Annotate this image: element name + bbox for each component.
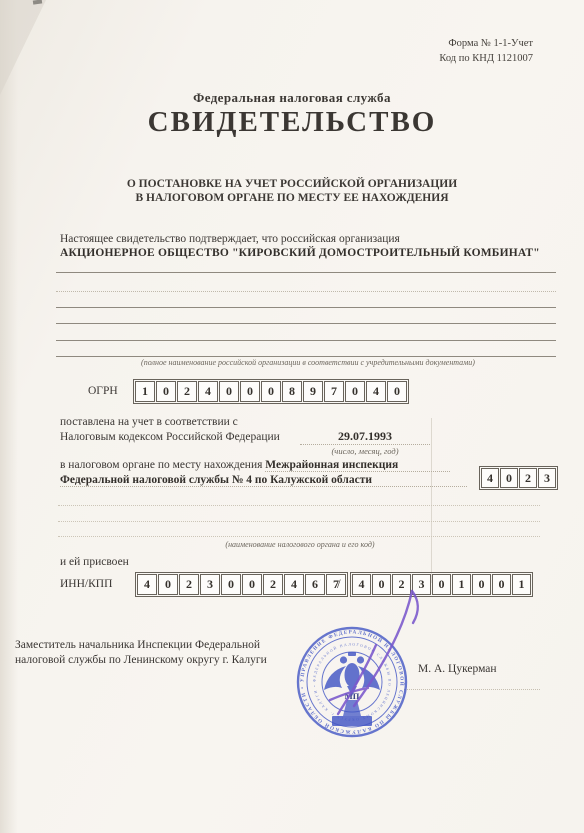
digit-cell: 0 <box>372 574 391 595</box>
assigned-text: и ей присвоен <box>60 556 129 568</box>
knd-code: Код по КНД 1121007 <box>439 51 533 66</box>
digit-cell: 4 <box>198 381 218 402</box>
digit-cell: 0 <box>432 574 451 595</box>
ogrn-label: ОГРН <box>88 385 118 397</box>
digit-cell: 0 <box>472 574 491 595</box>
form-info: Форма № 1-1-Учет Код по КНД 1121007 <box>439 36 533 66</box>
organization-name: АКЦИОНЕРНОЕ ОБЩЕСТВО "КИРОВСКИЙ ДОМОСТРО… <box>60 247 540 259</box>
digit-cell: 0 <box>387 381 407 402</box>
registered-line-2: Налоговым кодексом Российской Федерации <box>60 431 280 443</box>
stamp-seal-graphic: УПРАВЛЕНИЕ ФЕДЕРАЛЬНОЙ НАЛОГОВОЙ СЛУЖБЫ … <box>286 616 418 748</box>
fill-line <box>58 521 540 522</box>
digit-cell: 0 <box>261 381 281 402</box>
paper-crease <box>431 418 432 583</box>
fill-line <box>58 536 540 537</box>
digit-cell: 8 <box>282 381 302 402</box>
authority-name-part-1: Межрайонная инспекция <box>265 459 450 472</box>
inn-kpp-separator: / <box>337 576 341 592</box>
digit-cell: 0 <box>492 574 511 595</box>
fill-line <box>56 272 556 273</box>
official-title-line-2: налоговой службы по Ленинскому округу г.… <box>15 653 267 668</box>
authority-line-1: в налоговом органе по месту нахождения М… <box>60 459 450 471</box>
digit-cell: 7 <box>324 381 344 402</box>
digit-cell: 2 <box>392 574 411 595</box>
signer-name: М. А. Цукерман <box>418 663 497 675</box>
digit-cell: 0 <box>158 574 178 595</box>
authority-code-boxes: 4023 <box>479 466 558 490</box>
fill-line <box>56 340 556 341</box>
fill-line <box>56 323 556 324</box>
digit-cell: 1 <box>452 574 471 595</box>
digit-cell: 3 <box>412 574 431 595</box>
signature-line <box>404 689 540 690</box>
digit-cell: 1 <box>135 381 155 402</box>
date-caption: (число, месяц, год) <box>300 446 430 456</box>
fill-line <box>56 291 556 292</box>
agency-name: Федеральная налоговая служба <box>0 90 584 106</box>
digit-cell: 0 <box>221 574 241 595</box>
digit-cell: 6 <box>305 574 325 595</box>
authority-name-part-2: Федеральной налоговой службы № 4 по Калу… <box>60 474 467 487</box>
fill-line <box>58 505 540 506</box>
digit-cell: 2 <box>179 574 199 595</box>
digit-cell: 9 <box>303 381 323 402</box>
official-stamp: УПРАВЛЕНИЕ ФЕДЕРАЛЬНОЙ НАЛОГОВОЙ СЛУЖБЫ … <box>286 616 418 748</box>
registered-line-1: поставлена на учет в соответствии с <box>60 416 238 428</box>
digit-cell: 4 <box>352 574 371 595</box>
digit-cell: 7 <box>326 574 346 595</box>
registration-date: 29.07.1993 <box>300 429 430 445</box>
digit-cell: 2 <box>263 574 283 595</box>
digit-cell: 0 <box>242 574 262 595</box>
authority-intro: в налоговом органе по месту нахождения <box>60 459 262 471</box>
subtitle-line-1: О ПОСТАНОВКЕ НА УЧЕТ РОССИЙСКОЙ ОРГАНИЗА… <box>0 177 584 191</box>
digit-cell: 3 <box>538 468 556 488</box>
form-number: Форма № 1-1-Учет <box>439 36 533 51</box>
digit-cell: 4 <box>137 574 157 595</box>
fill-line <box>56 356 556 357</box>
document-subtitle: О ПОСТАНОВКЕ НА УЧЕТ РОССИЙСКОЙ ОРГАНИЗА… <box>0 177 584 205</box>
stamp-mp-label: МП <box>345 691 360 701</box>
kpp-digit-boxes: 402301001 <box>350 572 533 597</box>
fill-line <box>56 307 556 308</box>
digit-cell: 4 <box>481 468 499 488</box>
certificate-page: Форма № 1-1-Учет Код по КНД 1121007 Феде… <box>0 0 584 833</box>
scan-corner-shadow <box>0 0 46 95</box>
digit-cell: 2 <box>519 468 537 488</box>
digit-cell: 0 <box>156 381 176 402</box>
inn-kpp-label: ИНН/КПП <box>60 578 112 590</box>
digit-cell: 1 <box>512 574 531 595</box>
authority-caption: (наименование налогового органа и его ко… <box>60 540 540 549</box>
digit-cell: 0 <box>500 468 518 488</box>
inn-digit-boxes: 4023002467 <box>135 572 348 597</box>
org-name-caption: (полное наименование российской организа… <box>60 358 556 367</box>
official-title: Заместитель начальника Инспекции Федерал… <box>15 638 267 667</box>
digit-cell: 4 <box>366 381 386 402</box>
confirmation-text: Настоящее свидетельство подтверждает, чт… <box>60 233 400 245</box>
digit-cell: 0 <box>219 381 239 402</box>
digit-cell: 0 <box>345 381 365 402</box>
official-title-line-1: Заместитель начальника Инспекции Федерал… <box>15 638 267 653</box>
ogrn-digit-boxes: 1024000897040 <box>133 379 409 404</box>
document-title: СВИДЕТЕЛЬСТВО <box>0 106 584 139</box>
digit-cell: 3 <box>200 574 220 595</box>
digit-cell: 2 <box>177 381 197 402</box>
subtitle-line-2: В НАЛОГОВОМ ОРГАНЕ ПО МЕСТУ ЕЕ НАХОЖДЕНИ… <box>0 191 584 205</box>
digit-cell: 0 <box>240 381 260 402</box>
digit-cell: 4 <box>284 574 304 595</box>
